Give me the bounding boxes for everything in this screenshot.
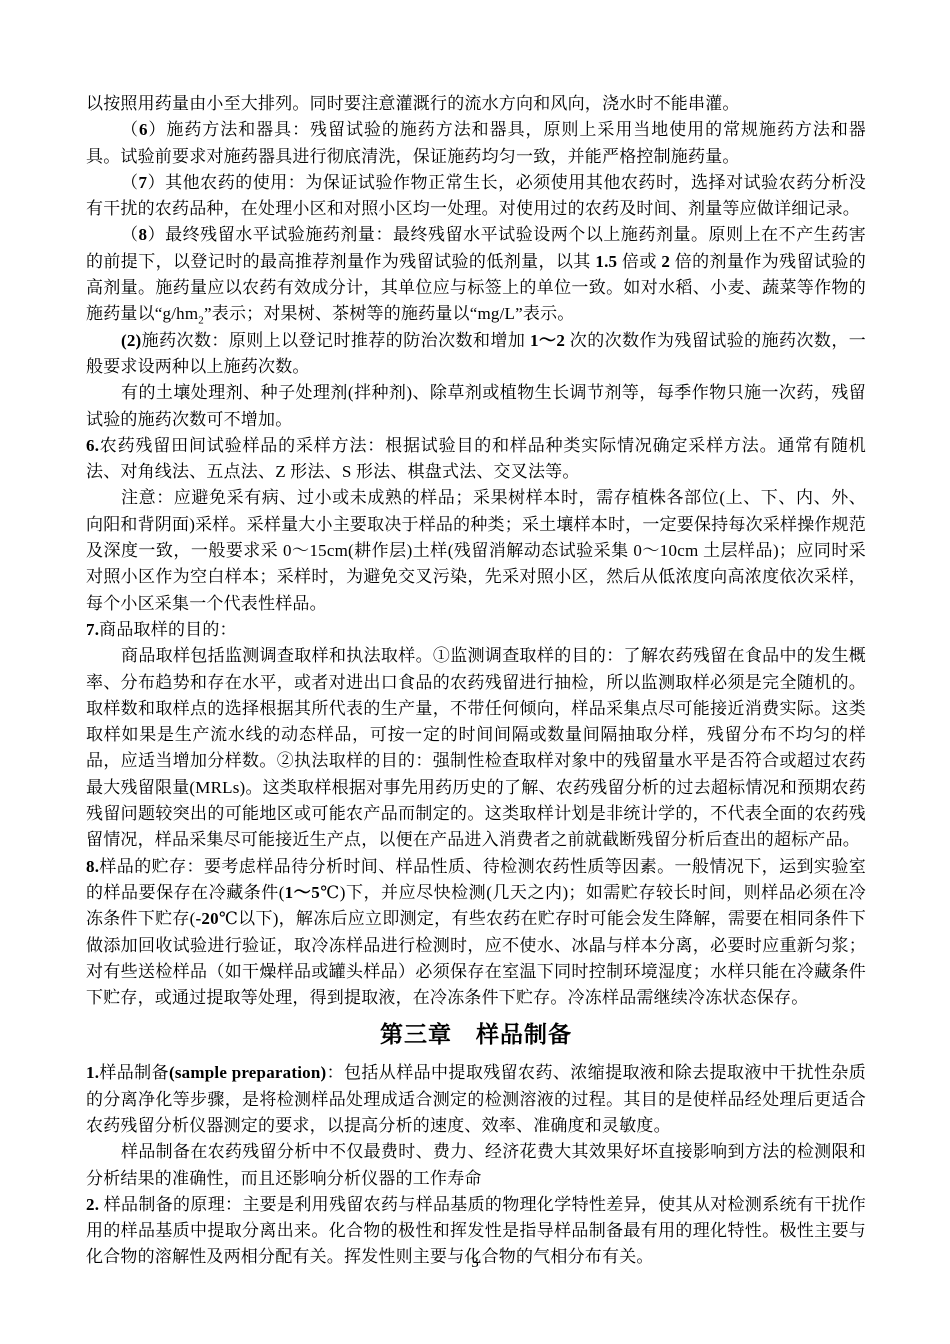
- text-run: （: [121, 225, 139, 244]
- text-run: 倍或: [617, 252, 661, 271]
- paragraph-sample-preparation-cost: 样品制备在农药残留分析中不仅最费时、费力、经济花费大其效果好坏直接影响到方法的检…: [86, 1139, 866, 1192]
- document-body: 以按照用药量由小至大排列。同时要注意灌溉行的流水方向和风向，浇水时不能串灌。（6…: [86, 91, 866, 1271]
- text-run: ”表示；对果树、茶树等的施药量以“mg/L”表示。: [204, 304, 574, 323]
- paragraph-sampling-caution: 注意：应避免采有病、过小或未成熟的样品；采果树样本时，需存植株各部位(上、下、内…: [86, 485, 866, 616]
- bold-text-run: 1～2: [530, 331, 565, 350]
- bold-text-run: -20: [196, 909, 219, 928]
- bold-text-run: 1.5: [595, 252, 617, 271]
- paragraph-commodity-sampling-detail: 商品取样包括监测调查取样和执法取样。①监测调查取样的目的：了解农药残留在食品中的…: [86, 643, 866, 853]
- bold-text-run: 6: [139, 120, 148, 139]
- paragraph-section6-sampling-methods: 6.农药残留田间试验样品的采样方法：根据试验目的和样品种类实际情况确定采样方法。…: [86, 433, 866, 486]
- bold-text-run: 2: [661, 252, 670, 271]
- document-page: 以按照用药量由小至大排列。同时要注意灌溉行的流水方向和风向，浇水时不能串灌。（6…: [86, 91, 866, 1271]
- text-run: 第三章 样品制备: [380, 1022, 572, 1047]
- chapter-heading: 第三章 样品制备: [86, 1014, 866, 1056]
- bold-text-run: 8: [139, 225, 148, 244]
- text-run: （: [121, 173, 139, 192]
- text-run: 有的土壤处理剂、种子处理剂(拌种剂)、除草剂或植物生长调节剂等，每季作物只施一次…: [86, 383, 866, 428]
- bold-text-run: (sample preparation): [169, 1063, 326, 1082]
- paragraph-application-times: (2)施药次数：原则上以登记时推荐的防治次数和增加 1～2 次的次数作为残留试验…: [86, 328, 866, 381]
- bold-text-run: 1.: [86, 1063, 99, 1082]
- paragraph-section7-commodity-sampling-title: 7.商品取样的目的：: [86, 617, 866, 643]
- text-run: 农药残留田间试验样品的采样方法：根据试验目的和样品种类实际情况确定采样方法。通常…: [86, 436, 866, 481]
- bold-text-run: (2): [121, 331, 141, 350]
- text-run: （: [121, 120, 139, 139]
- bold-text-run: 1～5: [285, 883, 320, 902]
- paragraph-section1-sample-preparation: 1.样品制备(sample preparation)：包括从样品中提取残留农药、…: [86, 1060, 866, 1139]
- bold-text-run: 6.: [86, 436, 99, 455]
- bold-text-run: 7: [139, 173, 148, 192]
- text-run: ）其他农药的使用：为保证试验作物正常生长，必须使用其他农药时，选择对试验农药分析…: [86, 173, 866, 218]
- text-run: 施药次数：原则上以登记时推荐的防治次数和增加: [141, 331, 530, 350]
- text-run: 商品取样的目的：: [99, 620, 237, 639]
- paragraph-section8-sample-storage: 8.样品的贮存：要考虑样品待分析时间、样品性质、待检测农药性质等因素。一般情况下…: [86, 854, 866, 1012]
- paragraph-irrigation-continuation: 以按照用药量由小至大排列。同时要注意灌溉行的流水方向和风向，浇水时不能串灌。: [86, 91, 866, 117]
- paragraph-soil-treatment-note: 有的土壤处理剂、种子处理剂(拌种剂)、除草剂或植物生长调节剂等，每季作物只施一次…: [86, 380, 866, 433]
- text-run: 样品制备: [99, 1063, 169, 1082]
- page-number: 3: [0, 1255, 950, 1272]
- text-run: 注意：应避免采有病、过小或未成熟的样品；采果树样本时，需存植株各部位(上、下、内…: [86, 488, 866, 612]
- paragraph-item6-application-method: （6）施药方法和器具：残留试验的施药方法和器具，原则上采用当地使用的常规施药方法…: [86, 117, 866, 170]
- text-run: 样品制备在农药残留分析中不仅最费时、费力、经济花费大其效果好坏直接影响到方法的检…: [86, 1142, 866, 1187]
- bold-text-run: 8.: [86, 857, 99, 876]
- paragraph-item7-other-pesticides: （7）其他农药的使用：为保证试验作物正常生长，必须使用其他农药时，选择对试验农药…: [86, 170, 866, 223]
- text-run: 以按照用药量由小至大排列。同时要注意灌溉行的流水方向和风向，浇水时不能串灌。: [86, 94, 740, 113]
- bold-text-run: 2.: [86, 1195, 99, 1214]
- bold-text-run: 7.: [86, 620, 99, 639]
- text-run: ）施药方法和器具：残留试验的施药方法和器具，原则上采用当地使用的常规施药方法和器…: [86, 120, 866, 165]
- paragraph-item8-final-residue-dose: （8）最终残留水平试验施药剂量：最终残留水平试验设两个以上施药剂量。原则上在不产…: [86, 222, 866, 327]
- text-run: 商品取样包括监测调查取样和执法取样。①监测调查取样的目的：了解农药残留在食品中的…: [86, 646, 866, 849]
